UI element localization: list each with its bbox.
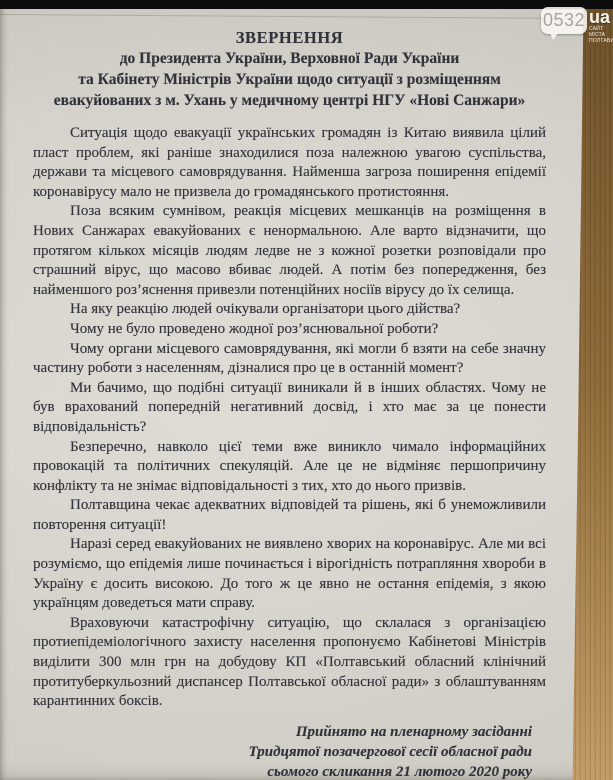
document-subtitle-line: евакуйованих з м. Ухань у медичному цент… [33,90,546,111]
document-subtitle-line: до Президента України, Верховної Ради Ук… [33,48,546,69]
body-paragraph: Безперечно, навколо цієї теми вже виникл… [33,438,546,497]
watermark-domain-block: ua САЙТ МІСТА ПОЛТАВИ [589,8,611,44]
watermark-tagline-line1: САЙТ МІСТА [589,26,611,38]
body-paragraph: Поза всяким сумнівом, реакція місцевих м… [33,202,546,300]
document-paragraphs: Ситуація щодо евакуації українських гром… [33,124,546,712]
body-paragraph: Ми бачимо, що подібні ситуації виникали … [33,379,546,438]
document-paper: ЗВЕРНЕННЯ до Президента України, Верховн… [0,0,613,780]
paper-fold-line [0,14,576,19]
body-paragraph: Полтавщина чекає адекватних відповідей т… [33,496,546,535]
signature-block: Прийнято на пленарному засіданні Тридцят… [33,722,546,780]
document-body: ЗВЕРНЕННЯ до Президента України, Верховн… [33,27,546,780]
site-watermark-logo: 0532 ua САЙТ МІСТА ПОЛТАВИ [541,7,611,44]
watermark-code: 0532 [543,10,585,30]
photo-scene: ЗВЕРНЕННЯ до Президента України, Верховн… [0,0,613,780]
photo-top-black-bar [0,0,613,9]
body-paragraph: Чому не було проведено жодної роз’яснюва… [33,320,546,340]
body-paragraph: Враховуючи катастрофічну ситуацію, що ск… [33,614,546,712]
speech-bubble-icon: 0532 [541,7,587,34]
document-subtitle-line: та Кабінету Міністрів України щодо ситуа… [33,69,546,90]
body-paragraph: Чому органи місцевого самоврядування, як… [33,340,546,379]
watermark-domain: ua [589,8,611,26]
watermark-tagline-line2: ПОЛТАВИ [589,38,611,44]
body-paragraph: Наразі серед евакуйованих не виявлено хв… [33,535,546,613]
signature-line: сьомого скликання 21 лютого 2020 року [33,762,532,780]
body-paragraph: На яку реакцію людей очікували організат… [33,300,546,320]
document-heading: ЗВЕРНЕННЯ до Президента України, Верховн… [33,27,546,111]
document-title: ЗВЕРНЕННЯ [33,27,546,48]
signature-line: Тридцятої позачергової сесії обласної ра… [33,742,532,762]
body-paragraph: Ситуація щодо евакуації українських гром… [33,124,546,202]
signature-line: Прийнято на пленарному засіданні [33,722,532,742]
